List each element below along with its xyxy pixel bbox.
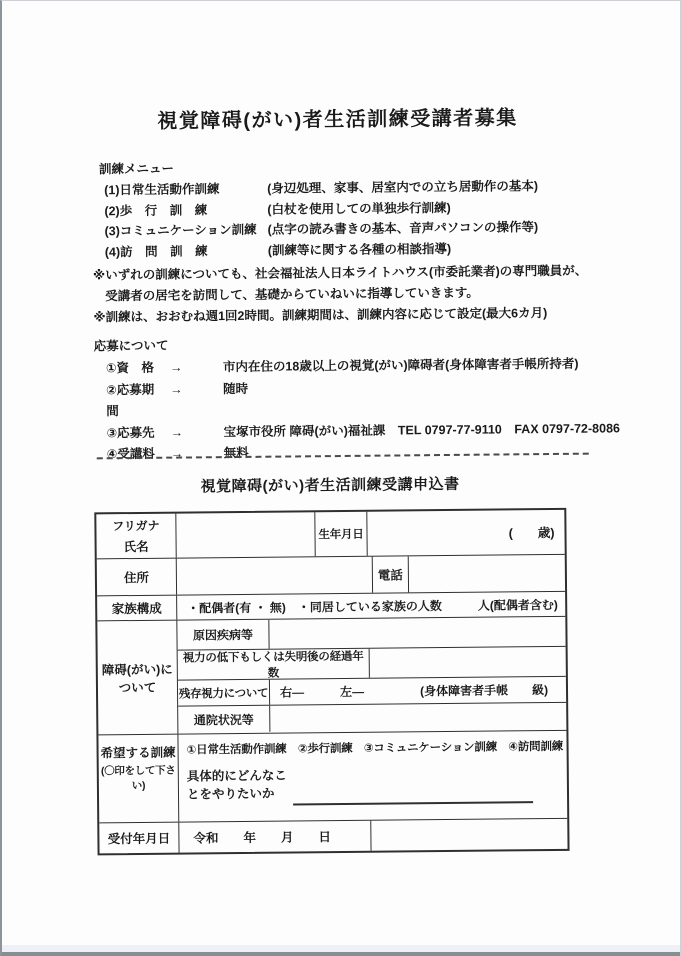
menu-item-desc: (点字の読み書きの基本、音声パソコンの操作等) (267, 217, 538, 240)
application-item-label: ④受講料 (107, 444, 167, 466)
cause-field-cell (269, 617, 565, 649)
disability-subtable: 原因疾病等 視力の低下もしくは失明後の経過年数 残存視力について 右― 左― (… (177, 617, 566, 734)
application-heading: 応募について (94, 331, 634, 354)
table-row-name: フリガナ 氏名 生年月日 ( 歳) (96, 510, 564, 559)
cause-label-cell: 原因疾病等 (177, 620, 269, 650)
family-value-cell: ・配偶者(有 ・ 無) ・同居している家族の人数 人(配偶者含む) (177, 592, 565, 620)
arrow-right-icon: → (166, 379, 223, 423)
subrow-cause: 原因疾病等 (177, 617, 565, 651)
residual-value-cell: 右― 左― (身体障害者手帳 級) (270, 677, 566, 705)
desired-label: 希望する訓練 (99, 743, 178, 762)
address-label-cell: 住所 (97, 559, 177, 596)
vision-loss-label-cell: 視力の低下もしくは失明後の経過年数 (178, 649, 370, 680)
application-item: ②応募期間 → 随時 (106, 375, 634, 423)
table-row-address: 住所 電話 (97, 555, 565, 596)
subrow-hospital: 通院状況等 (178, 703, 566, 733)
page-title: 視覚障碍(がい)者生活訓練受講者募集 (0, 100, 677, 136)
arrow-right-icon: → (166, 422, 223, 444)
receipt-label-cell: 受付年月日 (99, 823, 179, 854)
menu-item-desc: (訓練等に関する各種の相談指導) (268, 238, 452, 260)
application-form-title: 視覚障碍(がい)者生活訓練受講申込書 (94, 472, 566, 498)
menu-item-desc: (身辺処理、家事、居室内での立ち居動作の基本) (267, 176, 538, 199)
menu-items: (1)日常生活動作訓練 (身辺処理、家事、居室内での立ち居動作の基本) (2)歩… (104, 175, 613, 262)
birthdate-field-cell: ( 歳) (367, 510, 564, 556)
disability-label-cell: 障碍(がい)に ついて (97, 621, 178, 735)
arrow-right-icon: → (166, 357, 223, 379)
furigana-label: フリガナ (112, 517, 160, 534)
detail-row: 具体的にどんなこ とをやりたいか (187, 763, 567, 807)
subrow-residual-vision: 残存視力について 右― 左― (身体障害者手帳 級) (178, 677, 566, 707)
handbook-grade-note: (身体障害者手帳 級) (420, 681, 548, 699)
address-field-cell (177, 557, 373, 595)
scanner-edge-strip (2, 945, 680, 956)
family-label-cell: 家族構成 (97, 596, 177, 621)
answer-underline (293, 763, 533, 805)
menu-item-name: (3)コミュニケーション訓練 (104, 220, 267, 242)
desired-content-cell: ①日常生活動作訓練 ②歩行訓練 ③コミュニケーション訓練 ④訪問訓練 具体的にど… (178, 731, 567, 822)
application-item-label: ②応募期間 (106, 379, 166, 423)
subrow-vision-loss: 視力の低下もしくは失明後の経過年数 (178, 647, 566, 681)
arrow-right-icon: → (167, 443, 224, 465)
name-field-cell (176, 512, 315, 557)
vision-loss-field-cell (370, 647, 566, 678)
training-menu-section: 訓練メニュー (1)日常生活動作訓練 (身辺処理、家事、居室内での立ち居動作の基… (92, 154, 614, 328)
note-line: ※訓練は、おおむね週1回2時間。訓練期間は、訓練内容に応じて設定(最大6カ月) (93, 302, 613, 328)
training-options: ①日常生活動作訓練 ②歩行訓練 ③コミュニケーション訓練 ④訪問訓練 (186, 738, 566, 758)
name-label-cell: フリガナ 氏名 (96, 514, 176, 559)
table-row-disability: 障碍(がい)に ついて 原因疾病等 視力の低下もしくは失明後の経過年数 残存視力… (97, 617, 566, 735)
table-row-receipt-date: 受付年月日 令和 年 月 日 (99, 819, 567, 853)
age-placeholder: ( 歳) (509, 523, 555, 541)
menu-notes: ※いずれの訓練についても、社会福祉法人日本ライトハウス(市委託業者)の専門職員が… (93, 260, 614, 328)
hospital-label-cell: 通院状況等 (178, 706, 270, 733)
residual-value: 右― 左― (280, 683, 364, 701)
detail-question-label: 具体的にどんなこ とをやりたいか (187, 765, 293, 806)
phone-field-cell (409, 555, 565, 592)
residual-label-cell: 残存視力について (178, 680, 270, 706)
application-item-label: ③応募先 (106, 422, 166, 444)
desired-label-cell: 希望する訓練 (〇印をして下さ い) (98, 735, 179, 823)
application-form-table: フリガナ 氏名 生年月日 ( 歳) 住所 電話 家族構成 ・配偶者(有 ・ 無) (94, 508, 569, 856)
document-content: 視覚障碍(がい)者生活訓練受講者募集 訓練メニュー (1)日常生活動作訓練 (身… (0, 0, 681, 956)
receipt-date-cell: 令和 年 月 日 (179, 821, 371, 853)
application-item-value: 随時 (223, 375, 634, 422)
menu-item-desc: (白杖を使用しての単独歩行訓練) (267, 197, 451, 219)
menu-item: (4)訪 問 訓 練 (訓練等に関する各種の相談指導) (105, 237, 613, 262)
receipt-extra-cell (371, 819, 567, 851)
menu-item-name: (4)訪 問 訓 練 (105, 240, 268, 262)
name-label: 氏名 (124, 537, 149, 555)
application-section: 応募について ①資 格 → 市内在住の18歳以上の視覚(がい)障碍者(身体障害者… (94, 331, 635, 466)
hospital-field-cell (270, 703, 566, 732)
table-row-desired-training: 希望する訓練 (〇印をして下さ い) ①日常生活動作訓練 ②歩行訓練 ③コミュニ… (98, 731, 567, 823)
menu-item-name: (2)歩 行 訓 練 (104, 199, 267, 221)
menu-heading: 訓練メニュー (99, 154, 612, 177)
menu-item-name: (1)日常生活動作訓練 (104, 179, 267, 201)
application-item-label: ①資 格 (106, 358, 166, 380)
birthdate-label-cell: 生年月日 (315, 512, 367, 556)
phone-label-cell: 電話 (373, 556, 409, 592)
application-items: ①資 格 → 市内在住の18歳以上の視覚(がい)障碍者(身体障害者手帳所持者) … (106, 353, 635, 466)
scanned-document-page: 視覚障碍(がい)者生活訓練受講者募集 訓練メニュー (1)日常生活動作訓練 (身… (0, 0, 681, 956)
desired-circle-note: (〇印をして下さ い) (99, 763, 178, 794)
